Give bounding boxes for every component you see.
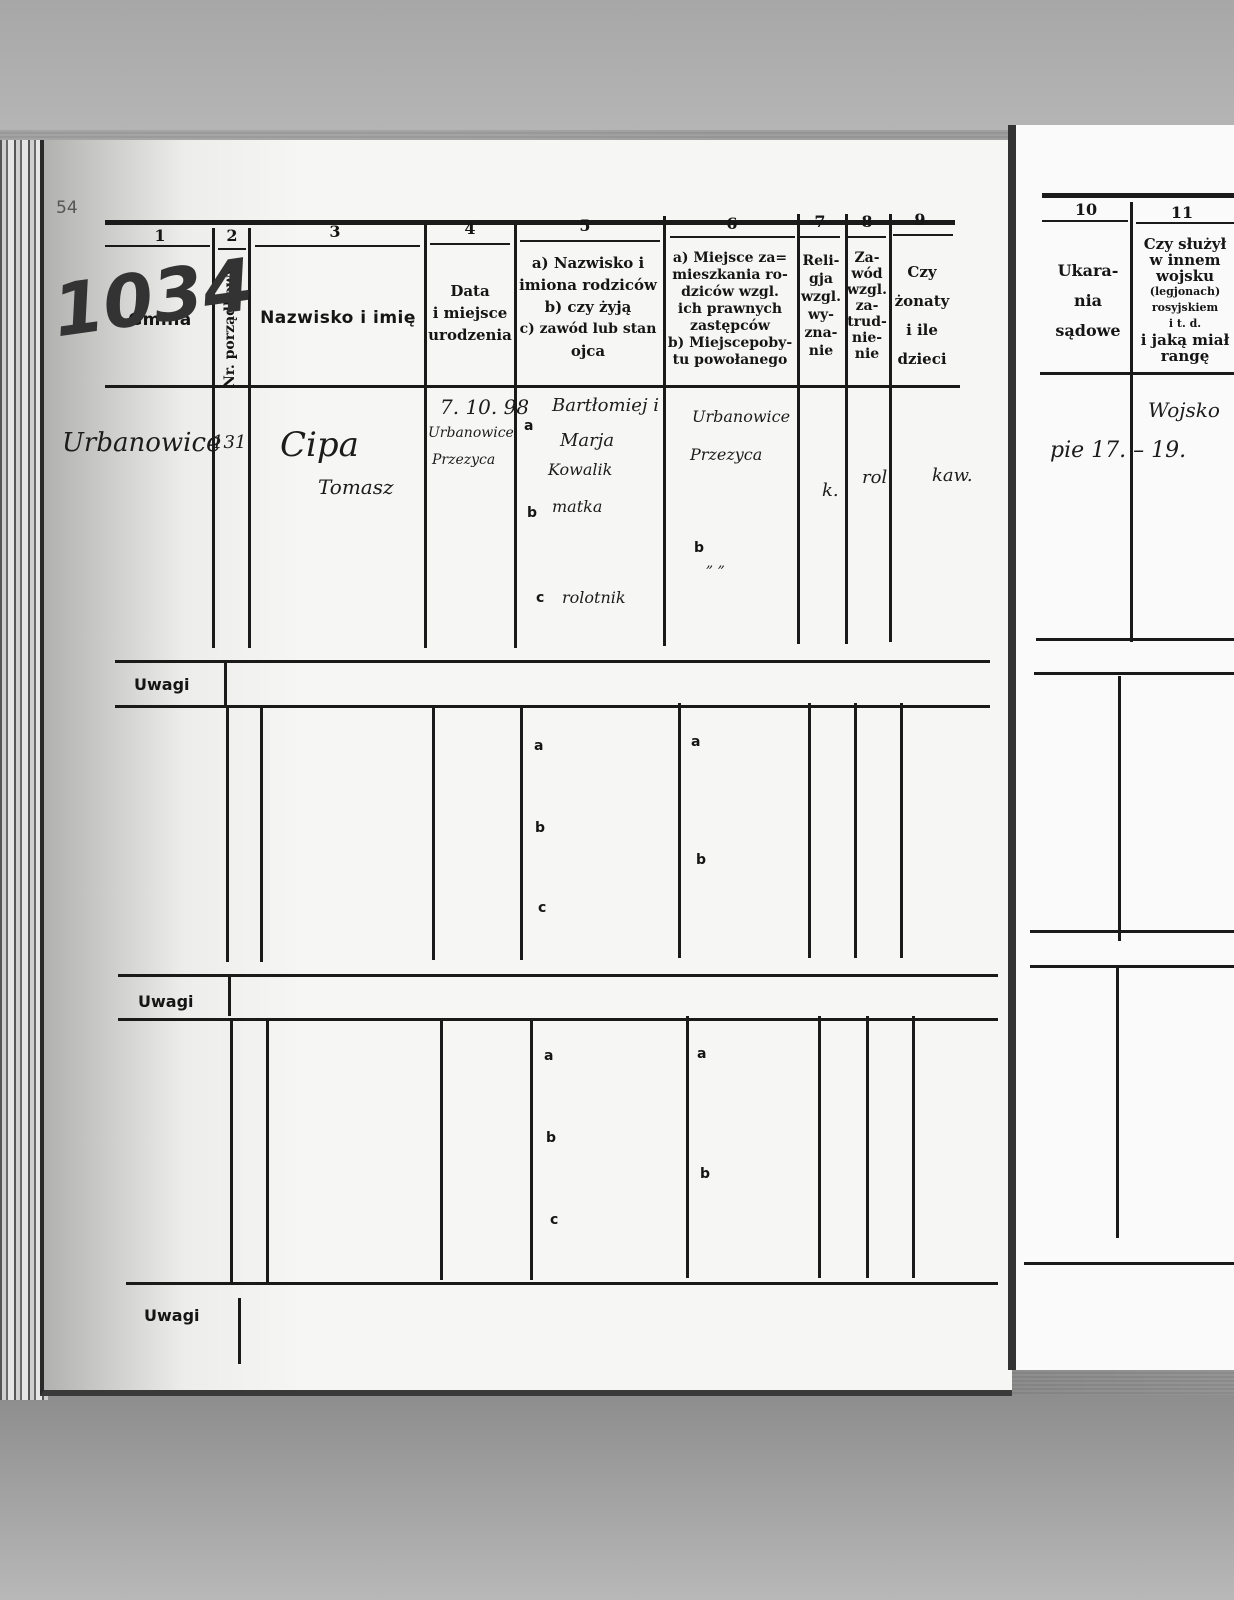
- col-divider: [266, 1020, 269, 1282]
- col-divider: [1116, 968, 1119, 1238]
- remarks-top-rule: [118, 974, 998, 977]
- entry-parents-a-3: Kowalik: [548, 460, 612, 479]
- background-top: [0, 0, 1234, 130]
- colnum-rule-5: [520, 240, 660, 242]
- header-line: wzgl.: [846, 282, 888, 298]
- header-line: urodzenia: [428, 324, 512, 346]
- header-line: nia: [1048, 286, 1128, 316]
- column-number-1: 1: [140, 226, 180, 245]
- sub-label-a-residence: a: [691, 734, 700, 750]
- entry-birth-place-1: Urbanowice: [428, 425, 514, 441]
- colnum-rule-11: [1136, 222, 1234, 224]
- sub-label-b-residence: b: [700, 1166, 710, 1182]
- header-line: i jaką miał: [1136, 332, 1234, 348]
- header-line: tu powołanego: [663, 352, 797, 369]
- entry-parents-a-2: Marja: [560, 430, 614, 451]
- col-divider: [530, 1018, 533, 1280]
- col-divider: [797, 214, 800, 644]
- entry-military-2: pie 17. – 19.: [1050, 438, 1186, 463]
- entry-gmina: Urbanowice: [62, 428, 221, 458]
- header-military-service: Czy służył w innem wojsku (legjonach) ro…: [1136, 236, 1234, 364]
- col-divider: [845, 214, 848, 644]
- header-married: Czy żonaty i ile dzieci: [892, 258, 952, 374]
- sub-label-b-residence: b: [694, 540, 704, 556]
- column-number-9: 9: [900, 210, 940, 229]
- header-line: ich prawnych: [663, 301, 797, 318]
- header-line: a) Miejsce za=: [663, 250, 797, 267]
- sub-label-b-residence: b: [696, 852, 706, 868]
- colnum-rule-8: [848, 236, 886, 238]
- header-line: wód: [846, 266, 888, 282]
- header-line: zastępców: [663, 318, 797, 335]
- column-number-11: 11: [1162, 203, 1202, 222]
- header-line: wzgl.: [798, 288, 844, 306]
- remarks-bottom-rule-right: [1034, 672, 1234, 675]
- col-divider: [818, 1016, 821, 1278]
- column-number-3: 3: [315, 222, 355, 241]
- header-top-rule-right: [1042, 193, 1234, 198]
- header-line: i t. d.: [1136, 316, 1234, 332]
- header-line: i miejsce: [428, 302, 512, 324]
- remarks-label: Uwagi: [144, 1306, 200, 1325]
- entry-residence-a-2: Przezyca: [690, 445, 762, 464]
- col-divider: [686, 1016, 689, 1278]
- header-line: w innem: [1136, 252, 1234, 268]
- header-line: nie: [798, 342, 844, 360]
- colnum-rule-9: [893, 234, 953, 236]
- header-line: c) zawód lub stan: [515, 318, 661, 340]
- column-number-5: 5: [565, 216, 605, 235]
- col-divider: [520, 705, 523, 960]
- column-number-7: 7: [800, 212, 840, 231]
- header-line: wojsku: [1136, 268, 1234, 284]
- header-line: imiona rodziców: [515, 274, 661, 296]
- header-line: sądowe: [1048, 316, 1128, 346]
- column-number-6: 6: [712, 214, 752, 233]
- col-divider: [912, 1016, 915, 1278]
- entry-parents-b: matka: [552, 497, 602, 516]
- entry-given-name: Tomasz: [318, 475, 394, 499]
- sub-label-a: a: [544, 1048, 553, 1064]
- header-nazwisko-imie: Nazwisko i imię: [258, 310, 418, 328]
- header-line: trud-: [846, 314, 888, 330]
- entry-parents-a-1: Bartłomiej i: [552, 395, 659, 416]
- col-divider: [663, 216, 666, 646]
- col-divider: [514, 220, 517, 648]
- entry-military-1: Wojsko: [1148, 398, 1220, 422]
- remarks-top-rule: [115, 660, 990, 663]
- header-line: gja: [798, 270, 844, 288]
- header-line: nie: [846, 346, 888, 362]
- remarks-divider: [238, 1298, 241, 1364]
- col-divider: [230, 1020, 233, 1282]
- header-line: rangę: [1136, 348, 1234, 364]
- sub-label-c: c: [550, 1212, 558, 1228]
- entry-parents-c: rolotnik: [562, 588, 626, 607]
- remarks-bottom-rule-right: [1030, 965, 1234, 968]
- entry-residence-a-1: Urbanowice: [692, 407, 790, 426]
- header-line: b) czy żyją: [515, 296, 661, 318]
- sub-label-b: b: [535, 820, 545, 836]
- sub-label-c: c: [538, 900, 546, 916]
- sub-label-c: c: [536, 590, 544, 606]
- header-line: a) Nazwisko i: [515, 252, 661, 274]
- header-line: Czy: [892, 258, 952, 287]
- column-number-10: 10: [1066, 200, 1106, 219]
- colnum-rule-1: [105, 245, 210, 247]
- remarks-divider: [228, 974, 231, 1016]
- header-residence: a) Miejsce za= mieszkania ro- dziców wzg…: [663, 250, 797, 369]
- header-line: b) Miejscepoby-: [663, 335, 797, 352]
- header-ukarania-sadowe: Ukara- nia sądowe: [1048, 256, 1128, 346]
- col-divider: [424, 222, 427, 648]
- entry-occupation: rol.: [862, 467, 893, 488]
- header-line: żonaty: [892, 287, 952, 316]
- header-line: Data: [428, 280, 512, 302]
- sub-label-a-residence: a: [697, 1046, 706, 1062]
- header-parents: a) Nazwisko i imiona rodziców b) czy żyj…: [515, 252, 661, 362]
- header-line: i ile: [892, 316, 952, 345]
- col-divider: [866, 1016, 869, 1278]
- col-divider: [1130, 202, 1133, 642]
- header-line: ojca: [515, 340, 661, 362]
- col-divider: [432, 705, 435, 960]
- sub-label-b: b: [527, 505, 537, 521]
- header-data-miejsce-urodzenia: Data i miejsce urodzenia: [428, 280, 512, 346]
- entry-residence-b: „ „: [706, 555, 725, 571]
- col-divider: [808, 703, 811, 958]
- colnum-rule-10: [1042, 220, 1128, 222]
- header-bottom-rule-right: [1040, 372, 1234, 375]
- entry-religion: k.: [822, 480, 839, 501]
- col-divider: [260, 707, 263, 962]
- header-line: Za-: [846, 250, 888, 266]
- header-religion: Reli- gja wzgl. wy- zna- nie: [798, 252, 844, 360]
- remarks-top-rule-right: [1030, 930, 1234, 933]
- header-line: dziców wzgl.: [663, 284, 797, 301]
- colnum-rule-3: [255, 245, 420, 247]
- column-number-8: 8: [848, 212, 886, 231]
- remarks-bottom-rule: [115, 705, 990, 708]
- column-number-4: 4: [450, 219, 490, 238]
- header-line: zna-: [798, 324, 844, 342]
- sub-label-b: b: [546, 1130, 556, 1146]
- page-number: 54: [56, 198, 78, 218]
- header-occupation: Za- wód wzgl. za- trud- nie- nie: [846, 250, 888, 362]
- remarks-divider: [224, 660, 227, 708]
- colnum-rule-7: [800, 236, 840, 238]
- header-line: rosyjskiem: [1136, 300, 1234, 316]
- entry-surname: Cipa: [280, 425, 359, 465]
- col-divider: [889, 214, 892, 642]
- sub-label-a: a: [534, 738, 543, 754]
- colnum-rule-6: [670, 236, 795, 238]
- remarks-top-rule-right: [1036, 638, 1234, 641]
- col-divider: [1118, 676, 1121, 941]
- background-bottom: [0, 1395, 1234, 1600]
- entry-bottom-rule-right: [1024, 1262, 1234, 1265]
- col-divider: [854, 703, 857, 958]
- col-divider: [900, 703, 903, 958]
- col-divider: [678, 703, 681, 958]
- remarks-label: Uwagi: [134, 675, 190, 694]
- sub-label-a: a: [524, 418, 533, 434]
- header-line: za-: [846, 298, 888, 314]
- entry-birth-date: 7. 10. 98: [440, 395, 529, 419]
- remarks-label: Uwagi: [138, 992, 194, 1011]
- header-line: Ukara-: [1048, 256, 1128, 286]
- colnum-rule-4: [430, 243, 510, 245]
- header-line: Czy służył: [1136, 236, 1234, 252]
- entry-birth-place-2: Przezyca: [432, 452, 495, 468]
- entry-married: kaw.: [932, 465, 973, 486]
- remarks-top-rule: [126, 1282, 998, 1285]
- header-line: wy-: [798, 306, 844, 324]
- header-line: mieszkania ro-: [663, 267, 797, 284]
- header-line: nie-: [846, 330, 888, 346]
- col-divider: [226, 707, 229, 962]
- header-line: Reli-: [798, 252, 844, 270]
- entry-nr: 131: [212, 432, 246, 453]
- header-line: (legjonach): [1136, 284, 1234, 300]
- col-divider: [440, 1018, 443, 1280]
- header-line: dzieci: [892, 345, 952, 374]
